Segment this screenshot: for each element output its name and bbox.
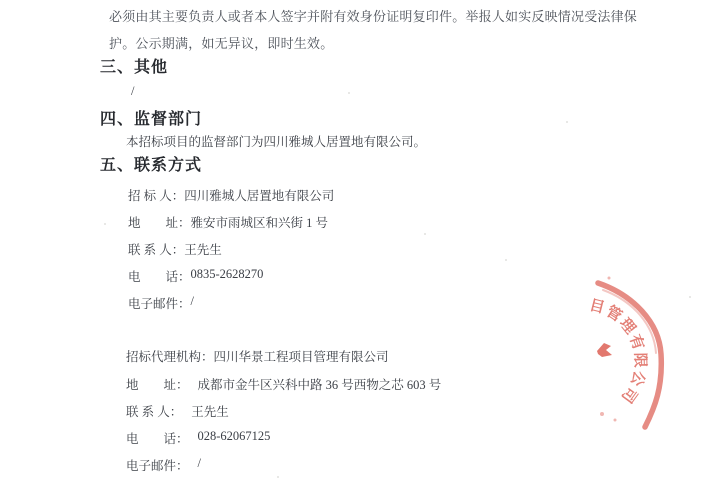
contact-row-agency-name: 招标代理机构：四川华景工程项目管理有限公司 [126,347,389,365]
field-label: 地 址： [128,213,191,231]
contact-row-agency-address: 地 址：成都市金牛区兴科中路 36 号西物之芯 603 号 [126,375,441,393]
contact-row-tenderer-name: 招 标 人：四川雅城人居置地有限公司 [128,186,334,204]
section-heading-supervision: 四、监督部门 [100,110,202,130]
section-heading-other: 三、其他 [100,58,168,78]
field-value: / [198,456,201,474]
contact-row-tenderer-person: 联 系 人：王先生 [128,240,222,258]
seal-text-char: 限 [631,352,649,367]
contact-row-tenderer-email: 电子邮件：/ [128,294,194,312]
field-value: 四川雅城人居置地有限公司 [184,186,334,204]
seal-star-fragment [597,343,612,357]
contact-row-tenderer-phone: 电 话：0835-2628270 [128,267,263,285]
field-label: 电子邮件： [126,456,189,474]
seal-text-char: 司 [618,384,641,407]
scan-speck [566,121,568,123]
field-label: 招 标 人： [128,186,184,204]
seal-text-char: 目 [588,297,607,317]
intro-line-1: 必须由其主要负责人或者本人签字并附有效身份证明复印件。举报人如实反映情况受法律保 [109,9,637,25]
seal-speckle [614,419,617,422]
intro-line-2: 护。公示期满，如无异议，即时生效。 [109,36,333,52]
field-value: 028-62067125 [198,429,271,447]
field-value: 成都市金牛区兴科中路 36 号西物之芯 603 号 [198,375,442,393]
field-value: 0835-2628270 [191,267,264,285]
contact-row-agency-email: 电子邮件：/ [126,456,201,474]
scan-speck [505,259,507,261]
scan-speck [277,476,279,478]
field-label: 联 系 人： [126,402,182,420]
field-label: 招标代理机构： [126,347,214,365]
field-label: 电 话： [128,267,191,285]
contact-row-agency-phone: 电 话：028-62067125 [126,429,270,447]
seal-text-char: 有 [626,332,648,352]
scan-speck [348,92,350,94]
field-value: 王先生 [191,402,229,420]
seal-speckle [608,277,611,280]
field-value: / [191,294,194,312]
company-seal-stamp: 目管理有限公司 [545,248,709,448]
section-other-content: / [131,84,134,100]
supervision-text: 本招标项目的监督部门为四川雅城人居置地有限公司。 [126,135,426,151]
scan-speck [689,296,691,298]
field-value: 四川华景工程项目管理有限公司 [214,347,389,365]
field-label: 电子邮件： [128,294,191,312]
scan-speck [424,233,426,235]
scan-speck [104,223,106,225]
field-label: 联 系 人： [128,240,184,258]
contact-row-agency-person: 联 系 人：王先生 [126,402,229,420]
field-label: 地 址： [126,375,189,393]
field-value: 雅安市雨城区和兴街 1 号 [191,213,329,231]
field-label: 电 话： [126,429,189,447]
document-page: { "document": { "intro": { "line1": "必须由… [0,0,709,481]
contact-row-tenderer-address: 地 址：雅安市雨城区和兴街 1 号 [128,213,328,231]
field-value: 王先生 [184,240,222,258]
seal-speckle [600,412,604,416]
section-heading-contact: 五、联系方式 [100,156,202,176]
